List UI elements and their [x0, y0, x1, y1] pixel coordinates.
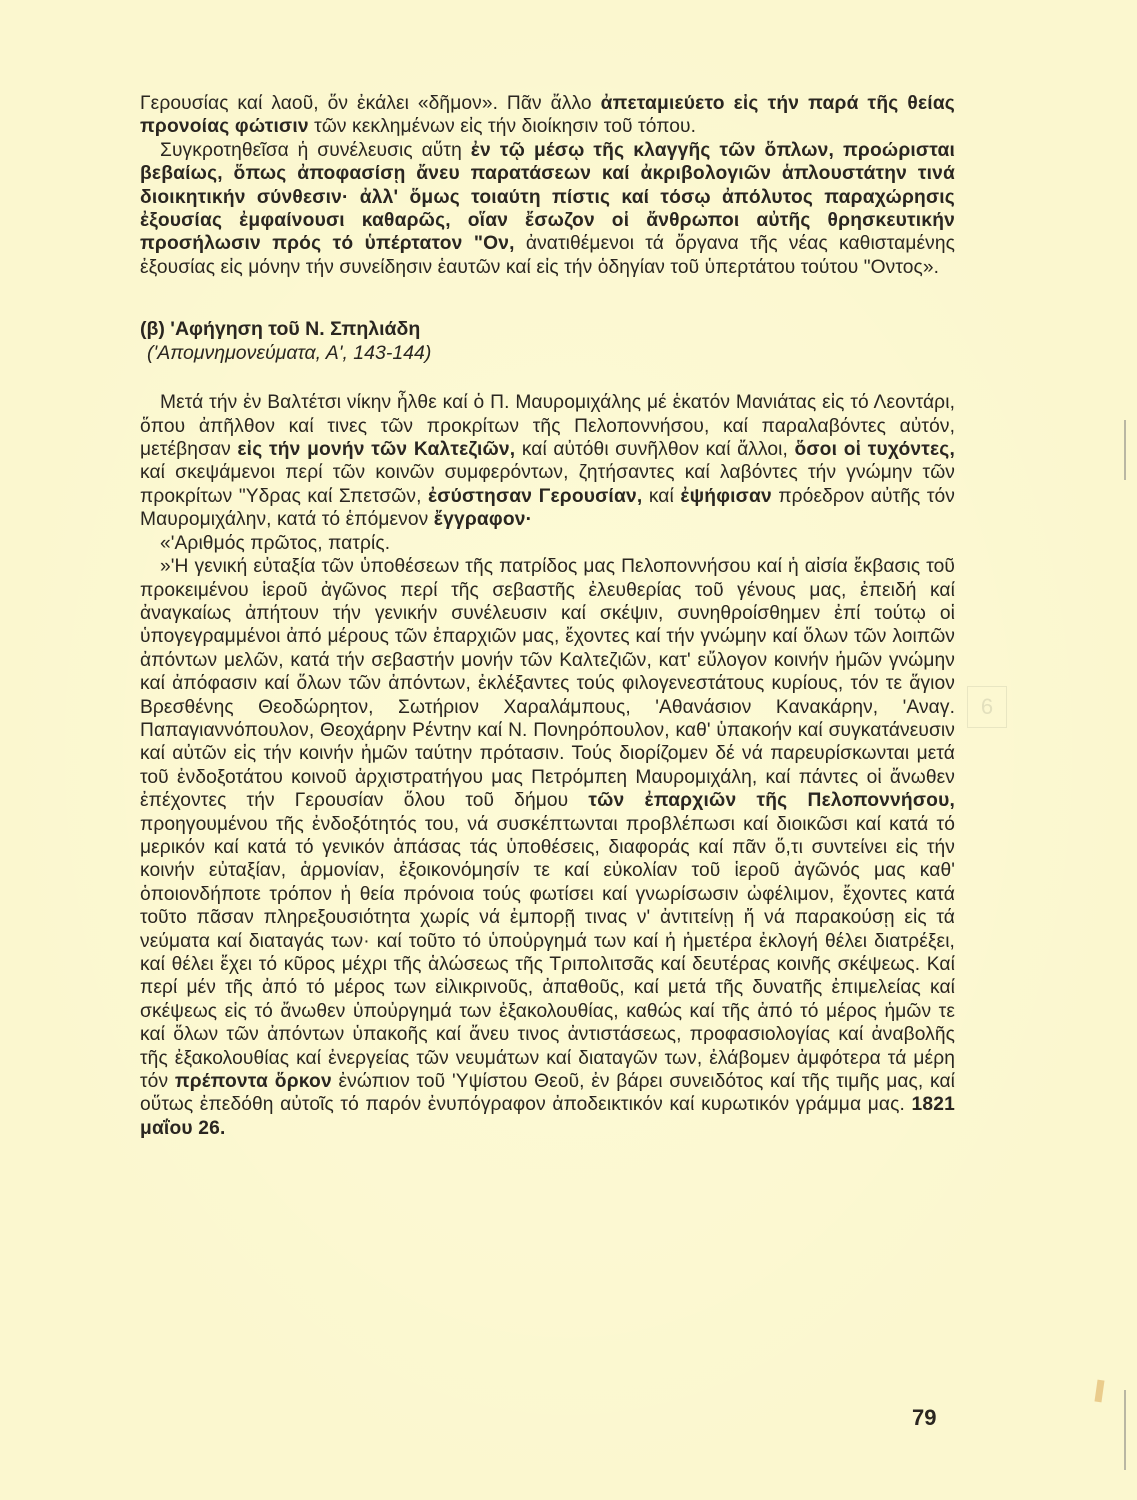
text-span: Γερουσίας καί λαοῦ, ὅν ἐκάλει «δῆμον». Π… — [140, 93, 601, 114]
paragraph-b1: Μετά τήν ἐν Βαλτέτσι νίκην ἦλθε καί ὁ Π.… — [140, 391, 955, 531]
text-span: προηγουμένου τῆς ἐνδοξότητός του, νά συσ… — [140, 814, 955, 1092]
bold-text-span: τῶν ἐπαρχιῶν τῆς Πελοποννήσου, — [588, 790, 955, 811]
bold-text-span: ὅσοι οἱ τυχόντες, — [794, 439, 955, 460]
text-span: Συγκροτηθεῖσα ἡ συνέλευσις αὕτη — [160, 140, 471, 161]
page-number: 79 — [912, 1405, 936, 1431]
bold-text-span: πρέποντα ὅρκον — [175, 1071, 332, 1092]
text-span: καί αὐτόθι συνῆλθον καί ἄλλοι, — [515, 439, 794, 460]
spacer — [140, 365, 955, 391]
bold-text-span: ἐψήφισαν — [680, 486, 772, 507]
page-edge-mark — [1124, 420, 1126, 480]
paragraph-b2: «'Αριθμός πρῶτος, πατρίς. — [140, 532, 955, 555]
page-edge-mark — [1124, 1390, 1126, 1470]
text-span: καί — [642, 486, 680, 507]
section-source-citation: ('Απομνημονεύματα, Α', 143-144) — [140, 341, 955, 365]
text-span: «'Αριθμός πρῶτος, πατρίς. — [160, 533, 390, 554]
paragraph-a2: Συγκροτηθεῖσα ἡ συνέλευσις αὕτη ἐν τῷ μέ… — [140, 139, 955, 279]
paragraph-a1: Γερουσίας καί λαοῦ, ὅν ἐκάλει «δῆμον». Π… — [140, 92, 955, 139]
show-through-mark: 6 — [967, 686, 1007, 728]
bold-text-span: ἔγγραφον· — [434, 509, 532, 530]
paragraph-b3: »'Η γενική εὐταξία τῶν ὑποθέσεων τῆς πατ… — [140, 555, 955, 1140]
bold-text-span: εἰς τήν μονήν τῶν Καλτεζιῶν, — [237, 439, 515, 460]
section-heading: (β) 'Αφήγηση τοῦ Ν. Σπηλιάδη — [140, 317, 955, 341]
text-column: Γερουσίας καί λαοῦ, ὅν ἐκάλει «δῆμον». Π… — [140, 92, 955, 1140]
bold-text-span: ἐσύστησαν Γερουσίαν, — [428, 486, 642, 507]
text-span: τῶν κεκλημένων εἰς τήν διοίκησιν τοῦ τόπ… — [309, 116, 696, 137]
text-span: »'Η γενική εὐταξία τῶν ὑποθέσεων τῆς πατ… — [140, 556, 955, 811]
